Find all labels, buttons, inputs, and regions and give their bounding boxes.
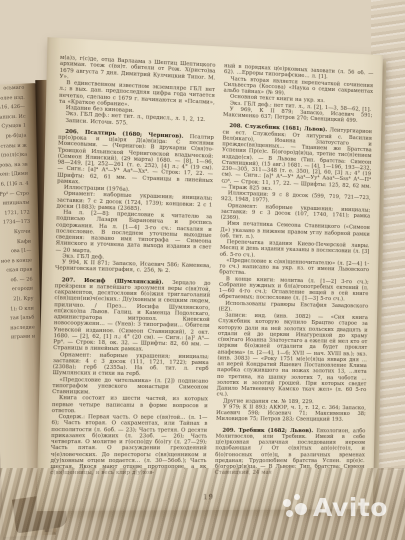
text-paragraph: В конце книги: молитва (л. [1—2] 3-го сч…: [219, 276, 369, 304]
text-paragraph: У 979; К II 893; АКЮР, ч. 1, т. 12, с. 3…: [216, 404, 366, 423]
catalog-entry-paragraph: 207. Иосиф (Шумлянский). Зерцало до прей…: [53, 277, 210, 354]
text-paragraph: «Предословие до чительника» (л. [2]) под…: [52, 377, 208, 397]
catalog-entry-paragraph: 208. Служебник (1681; Львов). Леитургиар…: [221, 123, 372, 195]
right-column: ный в порядках ц(е)рковных заховати (л. …: [215, 63, 374, 481]
book-page: м(а)з, г(с)де, отца Варлаама з Шептиц Ше…: [36, 37, 383, 511]
avito-watermark: Avito: [282, 492, 388, 522]
left-column: м(а)з, г(с)де, отца Варлаама з Шептиц Ше…: [50, 55, 216, 482]
text-paragraph: Книга состоит из шести частей, из которы…: [52, 395, 208, 415]
avito-watermark-text: Avito: [313, 493, 388, 522]
text-paragraph: Орнамент: наборные украшения; инициалы; …: [53, 352, 209, 379]
catalog-entry-paragraph: 206. Псалтирь (1680; Чернигов). Псалтир …: [57, 128, 214, 190]
avito-logo-icon: [282, 492, 310, 522]
text-paragraph: У 994, К II 871; Запаско, Исаевич 586; К…: [55, 259, 211, 275]
text-columns: м(а)з, г(с)де, отца Варлаама з Шептиц Ше…: [37, 37, 383, 482]
text-paragraph: На л. [2—8]: предисловие к читателю за п…: [55, 209, 212, 257]
text-paragraph: Записи: инд. (инв. 3082) — «Сия книга Сл…: [216, 312, 367, 399]
